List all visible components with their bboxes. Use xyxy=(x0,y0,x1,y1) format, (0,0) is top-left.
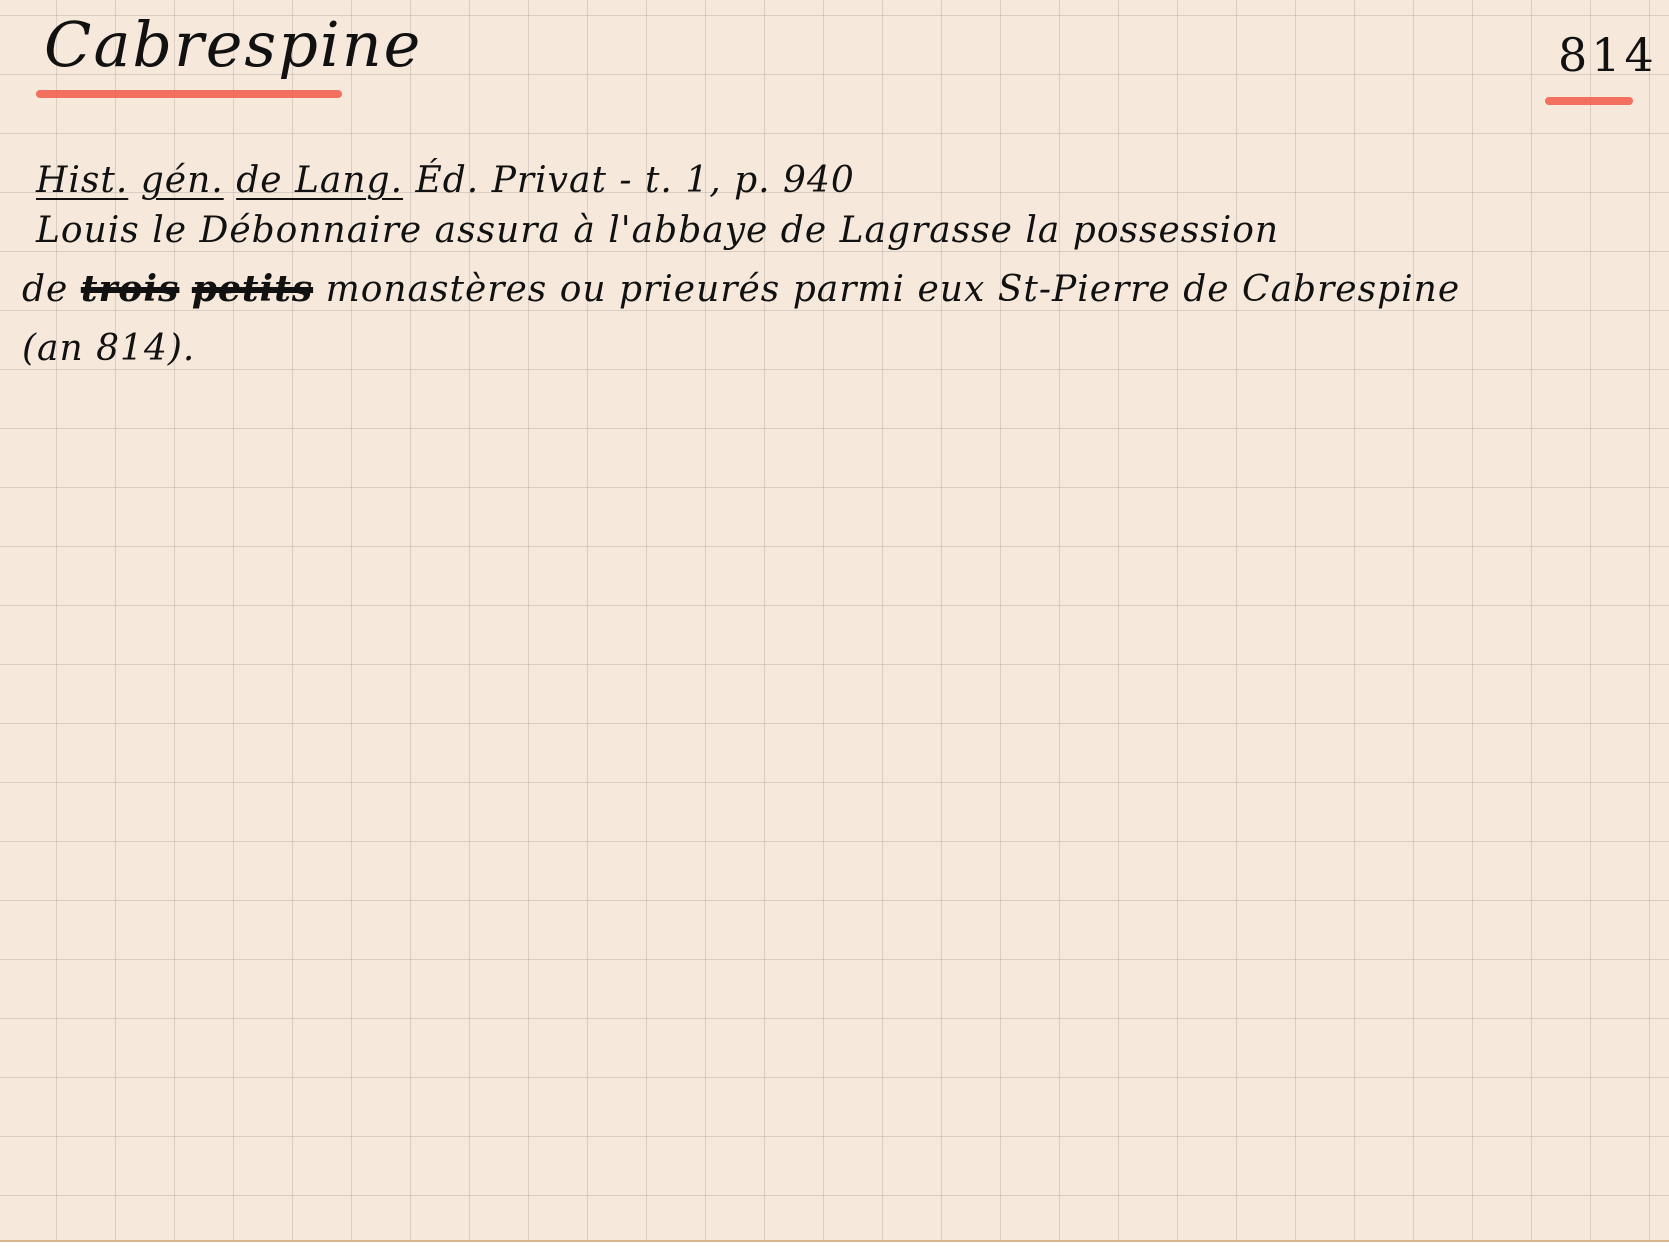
struck-word-1: trois xyxy=(81,268,180,310)
reference-line: Hist. gén. de Lang. Éd. Privat - t. 1, p… xyxy=(36,160,855,201)
source-gen: gén. xyxy=(141,160,224,201)
source-rest: de Lang. xyxy=(236,160,403,201)
edition: Éd. Privat - xyxy=(415,160,632,201)
body-line-2-prefix: de xyxy=(22,269,68,310)
body-line-1: Louis le Débonnaire assura à l'abbaye de… xyxy=(36,210,1279,251)
index-card: Cabrespine 814 Hist. gén. de Lang. Éd. P… xyxy=(0,0,1669,1242)
body-line-3: (an 814). xyxy=(22,328,195,369)
card-title: Cabrespine xyxy=(44,8,422,81)
source-abbrev: Hist. xyxy=(36,160,128,201)
body-line-2: de trois petits monastères ou prieurés p… xyxy=(22,268,1460,310)
number-red-underline xyxy=(1545,97,1633,105)
card-number: 814 xyxy=(1558,28,1658,82)
struck-word-2: petits xyxy=(192,268,313,310)
page-ref: p. 940 xyxy=(734,160,855,201)
body-line-2-rest: monastères ou prieurés parmi eux St-Pier… xyxy=(326,269,1461,310)
volume: t. 1, xyxy=(645,160,722,201)
title-red-underline xyxy=(36,90,342,98)
